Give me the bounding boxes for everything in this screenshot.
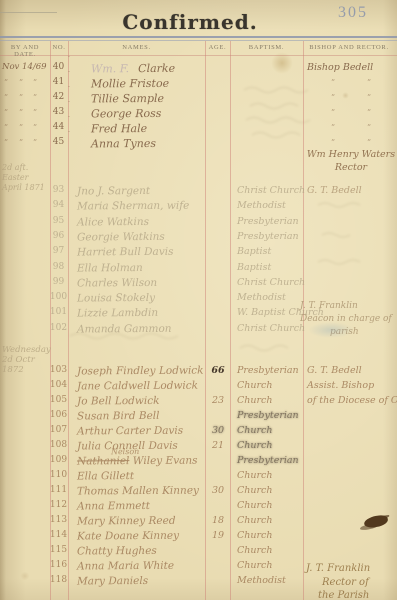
- pencil-tick: ″: [68, 131, 70, 137]
- row-baptism: W. Baptist Church: [237, 307, 305, 318]
- row-number: 99: [49, 277, 68, 287]
- row-number: 98: [49, 262, 68, 272]
- franklin-rector-line2: Rector of: [322, 577, 369, 588]
- row-baptism: Church: [237, 440, 305, 451]
- name-text: Georgie Watkins: [77, 231, 165, 244]
- row-number: 114: [49, 530, 68, 540]
- row-number: 111: [49, 485, 68, 495]
- title-rule-thick: [0, 36, 397, 38]
- row-number: 116: [49, 560, 68, 570]
- ditto-mark: ”: [33, 93, 37, 102]
- row-baptism: Methodist: [237, 292, 305, 303]
- row-number: 44″: [49, 122, 68, 132]
- ditto-mark: ”: [33, 78, 37, 87]
- blue-ink-smear: [308, 322, 354, 338]
- row-age: 19: [206, 530, 230, 541]
- row-baptism: Christ Church: [237, 323, 305, 334]
- row-baptism: Presbyterian: [237, 365, 305, 376]
- ditto-mark: ”: [33, 123, 37, 132]
- register-row: 114Kate Doane Kinney19Church: [0, 530, 397, 545]
- name-text: Mary Daniels: [77, 575, 148, 587]
- row-number: 96: [49, 231, 68, 241]
- pencil-tick: ″: [68, 56, 70, 62]
- row-baptism: Church: [237, 380, 305, 391]
- name-text: Anna Emmett: [77, 500, 150, 513]
- ditto-mark: ”: [19, 123, 23, 132]
- register-row: ”””42″Tillie Sample””: [0, 92, 397, 107]
- row-number: 93: [49, 185, 68, 195]
- row-number: 45″: [49, 137, 68, 147]
- name-text: Anna Maria White: [77, 560, 174, 573]
- ditto-mark: ”: [19, 78, 23, 87]
- margin-date-easter-line2: April 1871: [2, 183, 50, 193]
- margin-date-oct-line1: Wednesday: [2, 345, 50, 355]
- name-text: Kate Doane Kinney: [77, 530, 179, 543]
- ditto-mark: ”: [367, 78, 371, 87]
- name-text: Mary Kinney Reed: [77, 515, 176, 528]
- row-name: Amanda Gammon: [77, 322, 207, 335]
- name-text: Charles Wilson: [77, 277, 157, 290]
- row-baptism: Church: [237, 395, 305, 406]
- row-name: Mary Kinney Reed: [77, 515, 207, 528]
- top-left-rule: [0, 12, 57, 13]
- register-row: 111Thomas Mallen Kinney30Church: [0, 485, 397, 500]
- pencil-tick: ″: [68, 101, 70, 107]
- row-name: Susan Bird Bell: [77, 410, 207, 423]
- row-number: 40″: [49, 62, 68, 72]
- pencil-tick: ″: [68, 71, 70, 77]
- name-text: Fred Hale: [91, 122, 147, 135]
- name-text: Anna Tynes: [91, 137, 156, 150]
- row-name: Georgie Watkins: [77, 230, 207, 243]
- ditto-mark: ”: [33, 108, 37, 117]
- ditto-mark: ”: [367, 138, 371, 147]
- register-row: 93Jno J. SargentChrist ChurchG. T. Bedel…: [0, 185, 397, 200]
- ditto-mark: ”: [331, 108, 335, 117]
- register-row: 103Joseph Findley Lodwick66PresbyterianG…: [0, 365, 397, 380]
- row-age: 30: [206, 485, 230, 496]
- row-number: 43″: [49, 107, 68, 117]
- foxing-spot: [20, 572, 30, 580]
- row-name: Maria Sherman, wife: [77, 200, 207, 213]
- ditto-mark: ”: [4, 123, 8, 132]
- pencil-tick: ″: [68, 116, 70, 122]
- row-number: 103: [49, 365, 68, 375]
- row-name: Arthur Carter Davis: [77, 425, 207, 438]
- ditto-mark: ”: [331, 123, 335, 132]
- row-number: 95: [49, 216, 68, 226]
- register-row: 112Anna EmmettChurch: [0, 500, 397, 515]
- row-baptism: Christ Church: [237, 185, 305, 196]
- ditto-mark: ”: [19, 138, 23, 147]
- row-age: 66: [206, 365, 230, 376]
- row-baptism: Church: [237, 530, 305, 541]
- column-header-age: Age.: [205, 44, 230, 51]
- row-number: 102: [49, 323, 68, 333]
- row-number: 105: [49, 395, 68, 405]
- register-row: 110Ella GillettChurch: [0, 470, 397, 485]
- row-baptism: Presbyterian: [237, 231, 305, 242]
- margin-date-easter-line1: 2d aft. Easter: [2, 163, 50, 183]
- row-number: 97: [49, 246, 68, 256]
- row-age: 30: [206, 425, 230, 436]
- name-correction: Nelson: [111, 447, 139, 456]
- ditto-mark: ”: [4, 138, 8, 147]
- register-row: 99Charles WilsonChrist Church: [0, 277, 397, 292]
- margin-date-oct-line2: 2d Octr 1872: [2, 355, 50, 375]
- row-number: 109: [49, 455, 68, 465]
- row-name: George Ross: [77, 106, 221, 120]
- row-baptism: Presbyterian: [237, 455, 305, 466]
- name-text: Thomas Mallen Kinney: [77, 485, 199, 498]
- row-name: Harriet Bull Davis: [77, 246, 207, 259]
- row-name: Chatty Hughes: [77, 545, 207, 558]
- row-number: 42″: [49, 92, 68, 102]
- row-baptism: Church: [237, 425, 305, 436]
- row-bishop-rector: G. T. Bedell: [307, 365, 395, 376]
- name-text: Jno J. Sargent: [77, 185, 150, 198]
- register-row: Nov 14/6940″Wm. F.ClarkeBishop Bedell: [0, 62, 397, 77]
- row-number: 115: [49, 545, 68, 555]
- name-text: Wiley Evans: [129, 455, 197, 467]
- row-name: Ella Holman: [77, 261, 207, 274]
- row-number: 113: [49, 515, 68, 525]
- row-date: Nov 14/69: [2, 62, 48, 72]
- row-bishop-rector: Bishop Bedell: [307, 62, 395, 73]
- row-age: 18: [206, 515, 230, 526]
- row-name: Wm. F.Clarke: [77, 61, 221, 75]
- row-baptism: Church: [237, 560, 305, 571]
- name-text: Alice Watkins: [77, 216, 149, 229]
- column-header-bishop-rector: Bishop and Rector.: [303, 44, 395, 51]
- row-name: Mary Daniels: [77, 575, 207, 588]
- row-bishop-rector: Assist. Bishop: [307, 380, 395, 391]
- row-number: 106: [49, 410, 68, 420]
- pencil-tick: ″: [68, 86, 70, 92]
- register-row: 109NelsonNathaniel Wiley EvansPresbyteri…: [0, 455, 397, 470]
- row-number: 41″: [49, 77, 68, 87]
- row-name: Louisa Stokely: [77, 292, 207, 305]
- franklin-rector-line3: the Parish: [318, 590, 369, 600]
- register-row: 107Arthur Carter Davis30Church: [0, 425, 397, 440]
- row-baptism: Methodist: [237, 200, 305, 211]
- ditto-mark: ”: [4, 93, 8, 102]
- row-name: NelsonNathaniel Wiley Evans: [77, 455, 207, 468]
- row-number: 112: [49, 500, 68, 510]
- row-number: 107: [49, 425, 68, 435]
- row-name: Anna Tynes: [77, 136, 221, 150]
- franklin-charge-line2: Deacon in charge of: [300, 314, 392, 324]
- name-text: Ella Gillett: [77, 470, 134, 482]
- row-baptism: Church: [237, 500, 305, 511]
- name-struck-part: Nathaniel: [77, 455, 129, 467]
- margin-date-easter: 2d aft. Easter April 1871: [2, 163, 50, 193]
- row-baptism: Presbyterian: [237, 216, 305, 227]
- row-name: Anna Emmett: [77, 500, 207, 513]
- row-name: Jo Bell Lodwick: [77, 395, 207, 408]
- register-row: 96Georgie WatkinsPresbyterian: [0, 231, 397, 246]
- register-row: ”””43″George Ross””: [0, 107, 397, 122]
- row-name: Jno J. Sargent: [77, 185, 207, 198]
- register-page: 305 Confirmed. By and Date. No. NAMES. A…: [0, 0, 397, 600]
- row-name: Thomas Mallen Kinney: [77, 485, 207, 498]
- foxing-spot: [342, 92, 349, 99]
- register-row: 98Ella HolmanBaptist: [0, 262, 397, 277]
- row-number: 104: [49, 380, 68, 390]
- register-row: 108Julia Connell Davis21Church: [0, 440, 397, 455]
- ditto-mark: ”: [19, 93, 23, 102]
- ditto-mark: ”: [331, 138, 335, 147]
- column-header-names: NAMES.: [68, 44, 205, 51]
- row-number: 100: [49, 292, 68, 302]
- row-name: Julia Connell Davis: [77, 440, 207, 453]
- row-baptism: Presbyterian: [237, 410, 305, 421]
- ditto-mark: ”: [367, 93, 371, 102]
- row-name: Jane Caldwell Lodwick: [77, 380, 207, 393]
- column-header-by-and-date: By and Date.: [2, 44, 48, 58]
- name-text: Jane Caldwell Lodwick: [77, 380, 198, 393]
- row-number: 94: [49, 200, 68, 210]
- ditto-mark: ”: [33, 138, 37, 147]
- register-row: 94Maria Sherman, wifeMethodist: [0, 200, 397, 215]
- row-name: Mollie Fristoe: [77, 76, 221, 90]
- row-number: 101: [49, 307, 68, 317]
- row-name: Charles Wilson: [77, 276, 207, 289]
- ditto-mark: ”: [367, 108, 371, 117]
- margin-date-oct-1872: Wednesday 2d Octr 1872: [2, 345, 50, 375]
- paper-stain: [271, 52, 293, 74]
- name-text: Susan Bird Bell: [77, 410, 160, 423]
- row-number: 118: [49, 575, 68, 585]
- row-name: Fred Hale: [77, 121, 221, 135]
- register-row: 97Harriet Bull DavisBaptist: [0, 246, 397, 261]
- ditto-mark: ”: [19, 108, 23, 117]
- row-name: Joseph Findley Lodwick: [77, 365, 207, 378]
- franklin-rector-line1: J. T. Franklin: [306, 563, 370, 574]
- row-name: Alice Watkins: [77, 215, 207, 228]
- row-baptism: Baptist: [237, 246, 305, 257]
- name-text: Tillie Sample: [91, 92, 164, 106]
- register-row: 95Alice WatkinsPresbyterian: [0, 216, 397, 231]
- row-baptism: Baptist: [237, 262, 305, 273]
- row-name: Tillie Sample: [77, 91, 221, 105]
- column-header-no: No.: [50, 44, 68, 51]
- name-text: Maria Sherman, wife: [77, 200, 189, 213]
- name-text: Harriet Bull Davis: [77, 246, 174, 259]
- column-header-baptism: Baptism.: [230, 44, 303, 51]
- header-bottom-rule: [0, 55, 397, 56]
- register-row: 104Jane Caldwell LodwickChurchAssist. Bi…: [0, 380, 397, 395]
- register-row: 106Susan Bird BellPresbyterian: [0, 410, 397, 425]
- name-text: Clarke: [138, 62, 175, 75]
- name-text: Arthur Carter Davis: [77, 425, 183, 438]
- row-name: Lizzie Lambdin: [77, 307, 207, 320]
- name-text: Lizzie Lambdin: [77, 307, 158, 320]
- row-bishop-rector: of the Diocese of Ohio: [307, 395, 395, 406]
- name-text: Chatty Hughes: [77, 545, 157, 558]
- row-baptism: Church: [237, 470, 305, 481]
- ditto-mark: ”: [331, 78, 335, 87]
- name-faded-part: Wm. F.: [91, 62, 129, 75]
- row-baptism: Christ Church: [237, 277, 305, 288]
- name-text: Louisa Stokely: [77, 292, 155, 305]
- row-baptism: Methodist: [237, 575, 305, 586]
- register-row: ”””44″Fred Hale””: [0, 122, 397, 137]
- ditto-mark: ”: [4, 108, 8, 117]
- row-name: Kate Doane Kinney: [77, 530, 207, 543]
- name-text: Jo Bell Lodwick: [77, 395, 160, 408]
- page-title: Confirmed.: [120, 10, 260, 34]
- register-row: ”””41″Mollie Fristoe””: [0, 77, 397, 92]
- row-number: 108: [49, 440, 68, 450]
- ditto-mark: ”: [331, 93, 335, 102]
- rector-signature-line1: Wm Henry Waters: [306, 149, 396, 160]
- register-row: 113Mary Kinney Reed18Church: [0, 515, 397, 530]
- row-name: Ella Gillett: [77, 470, 207, 483]
- name-text: Ella Holman: [77, 261, 143, 273]
- row-bishop-rector: G. T. Bedell: [307, 185, 395, 196]
- rector-signature-line2: Rector: [306, 162, 396, 173]
- name-text: Mollie Fristoe: [91, 77, 169, 91]
- register-row: 115Chatty HughesChurch: [0, 545, 397, 560]
- ditto-mark: ”: [367, 123, 371, 132]
- row-number: 110: [49, 470, 68, 480]
- row-baptism: Church: [237, 545, 305, 556]
- page-number: 305: [338, 4, 368, 22]
- row-name: Anna Maria White: [77, 560, 207, 573]
- row-baptism: Church: [237, 485, 305, 496]
- name-text: Amanda Gammon: [77, 322, 172, 335]
- franklin-charge-line1: J. T. Franklin: [300, 301, 358, 311]
- name-text: George Ross: [91, 107, 162, 120]
- row-age: 21: [206, 440, 230, 451]
- name-text: Joseph Findley Lodwick: [77, 365, 204, 378]
- ditto-mark: ”: [4, 78, 8, 87]
- row-baptism: Church: [237, 515, 305, 526]
- row-age: 23: [206, 395, 230, 406]
- register-row: 105Jo Bell Lodwick23Churchof the Diocese…: [0, 395, 397, 410]
- title-rule-thin: [0, 40, 397, 41]
